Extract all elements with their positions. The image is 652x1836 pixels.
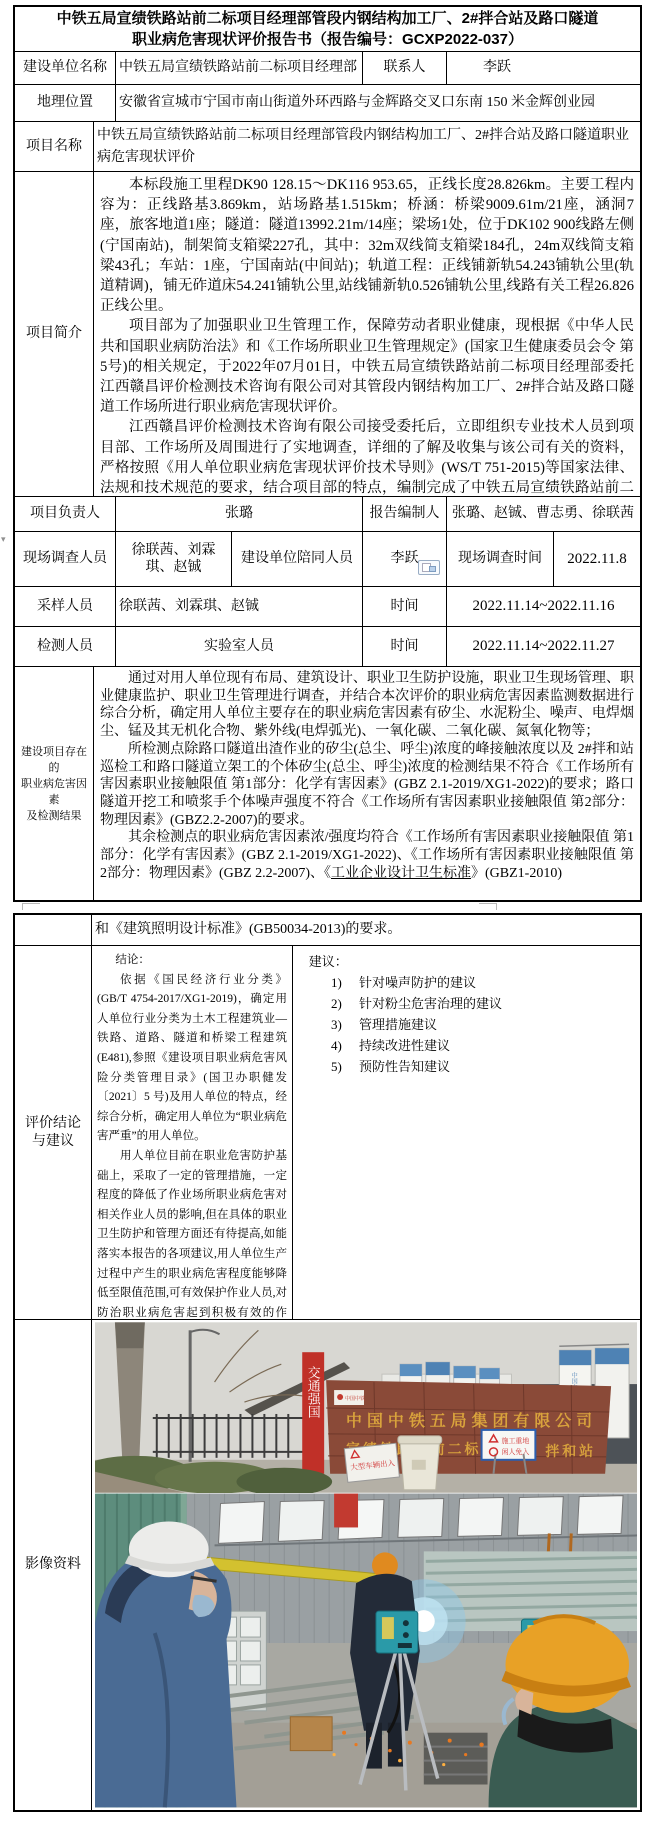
page-gap-corner-mark-right — [479, 903, 497, 910]
conclusion-column: 结论： 依据《国民经济行业分类》(GB/T 4754-2017/XG1-2019… — [92, 946, 293, 1319]
intro-paragraph-1: 本标段施工里程DK90 128.15～DK116 953.65，正线长度28.8… — [100, 175, 634, 316]
report-title-line2: 职业病危害现状评价报告书（报告编号：GCXP2022-037） — [132, 29, 523, 50]
project-name-row: 项目名称 中铁五局宣绩铁路站前二标项目经理部管段内钢结构加工厂、2#拌合站及路口… — [15, 122, 640, 172]
contact-label: 联系人 — [363, 52, 447, 84]
project-intro-text: 本标段施工里程DK90 128.15～DK116 953.65，正线长度28.8… — [94, 172, 640, 496]
photo-workshop-sampling — [95, 1493, 637, 1808]
sampling-time-label: 时间 — [363, 587, 447, 626]
suggestion-item: 2) 针对粉尘危害治理的建议 — [331, 993, 634, 1014]
location-label: 地理位置 — [15, 85, 116, 121]
location-value: 安徽省宣城市宁国市南山街道外环西路与金辉路交叉口东南 150 米金辉创业园 — [116, 85, 640, 121]
suggestion-item: 4) 持续改进性建议 — [331, 1035, 634, 1056]
sampling-value: 徐联茜、刘霖琪、赵铖 — [116, 587, 363, 626]
testing-time-label: 时间 — [363, 627, 447, 666]
suggestion-number: 4) — [331, 1035, 359, 1056]
testing-time-value: 2022.11.14~2022.11.27 — [447, 627, 640, 666]
hazards-label-line3: 及检测结果 — [27, 808, 82, 824]
suggestion-text: 针对粉尘危害治理的建议 — [359, 993, 502, 1014]
builder-label: 建设单位名称 — [15, 52, 116, 84]
continuation-text: 和《建筑照明设计标准》(GB50034-2013)的要求。 — [92, 915, 640, 945]
intro-paragraph-2: 项目部为了加强职业卫生管理工作，保障劳动者职业健康，现根据《中华人民共和国职业病… — [100, 316, 634, 417]
testing-label: 检测人员 — [15, 627, 116, 666]
report-writer-value: 张璐、赵铖、曹志勇、徐联茜 — [447, 497, 640, 531]
conclusion-paragraph-2: 用人单位目前在职业危害防护基础上，采取了一定的管理措施，一定程度的降低了作业场所… — [97, 1147, 287, 1319]
light-pole — [189, 1330, 192, 1462]
sampling-label: 采样人员 — [15, 587, 116, 626]
suggestion-item: 3) 管理措施建议 — [331, 1014, 634, 1035]
leader-value: 张璐 — [116, 497, 363, 531]
report-page-2: 和《建筑照明设计标准》(GB50034-2013)的要求。 评价结论 与建议 结… — [13, 913, 642, 1812]
leader-row: 项目负责人 张璐 报告编制人 张璐、赵铖、曹志勇、徐联茜 — [15, 497, 640, 532]
cardboard-box — [290, 1717, 332, 1751]
survey-label: 现场调查人员 — [15, 532, 116, 586]
conclusion-heading: 结论： — [115, 951, 287, 971]
project-name-label: 项目名称 — [15, 122, 94, 171]
report-title-line1: 中铁五局宣绩铁路站前二标项目经理部管段内钢结构加工厂、2#拌合站及路口隧道 — [57, 8, 599, 29]
report-writer-label: 报告编制人 — [363, 497, 447, 531]
hazards-label-line1: 建设项目存在的 — [16, 744, 92, 776]
contact-value: 李跃 — [447, 52, 640, 84]
gate-sign: 大型车辆出入 — [344, 1443, 399, 1482]
hazards-p3-underlined-standard: 工业企业设计卫生标准 — [331, 866, 471, 881]
suggestion-text: 针对噪声防护的建议 — [359, 972, 476, 993]
testing-row: 检测人员 实验室人员 时间 2022.11.14~2022.11.27 — [15, 627, 640, 667]
suggestion-text: 预防性告知建议 — [359, 1056, 450, 1077]
photo-batching-plant: 中国中铁五局 — [95, 1322, 637, 1493]
survey-time-label: 现场调查时间 — [447, 532, 554, 586]
hazards-label: 建设项目存在的 职业病危害因素 及检测结果 — [15, 667, 94, 900]
project-intro-label: 项目简介 — [15, 172, 94, 496]
survey-time-value: 2022.11.8 — [554, 532, 640, 586]
suggestion-text: 管理措施建议 — [359, 1014, 437, 1035]
testing-value: 实验室人员 — [116, 627, 363, 666]
report-title-row: 中铁五局宣绩铁路站前二标项目经理部管段内钢结构加工厂、2#拌合站及路口隧道 职业… — [15, 7, 640, 52]
accompany-value: 李跃 — [363, 532, 447, 586]
hazards-text: 通过对用人单位现有布局、建筑设计、职业卫生防护设施，职业卫生现场管理、职业健康监… — [94, 667, 640, 900]
project-intro-row: 项目简介 本标段施工里程DK90 128.15～DK116 953.65，正线长… — [15, 172, 640, 497]
margin-marker-icon: ▾ — [1, 535, 6, 545]
suggestion-item: 1) 针对噪声防护的建议 — [331, 972, 634, 993]
chimney-top — [115, 1322, 145, 1348]
suggestion-item: 5) 预防性告知建议 — [331, 1056, 634, 1077]
survey-row: 现场调查人员 徐联茜、刘霖琪、赵铖 建设单位陪同人员 李跃 现场调查时间 202… — [15, 532, 640, 587]
hazards-label-line2: 职业病危害因素 — [16, 776, 92, 808]
suggestion-number: 1) — [331, 972, 359, 993]
crec-logo-icon — [337, 1394, 343, 1400]
trash-bin — [398, 1436, 442, 1490]
suggestion-heading: 建议： — [309, 951, 634, 972]
sign-line2b: 拌和站 — [545, 1443, 596, 1460]
conclusion-paragraph-1: 依据《国民经济行业分类》(GB/T 4754-2017/XG1-2019)，确定… — [97, 971, 287, 1147]
evaluation-label: 评价结论 与建议 — [15, 946, 92, 1319]
location-row: 地理位置 安徽省宣城市宁国市南山街道外环西路与金辉路交叉口东南 150 米金辉创… — [15, 85, 640, 122]
media-row: 影像资料 — [15, 1320, 640, 1810]
suggestion-number: 3) — [331, 1014, 359, 1035]
suggestion-number: 5) — [331, 1056, 359, 1077]
warning-text-line1: 施工重地 — [502, 1436, 530, 1445]
plaque-text: 中国中铁 — [345, 1395, 365, 1402]
banner-text: 交通强国 — [306, 1366, 321, 1418]
evaluation-row: 评价结论 与建议 结论： 依据《国民经济行业分类》(GB/T 4754-2017… — [15, 946, 640, 1320]
word-document-view: { "title": { "line1": "中铁五局宣绩铁路站前二标项目经理部… — [0, 0, 652, 1836]
accompany-label: 建设单位陪同人员 — [232, 532, 363, 586]
hazards-p3-post: 》(GBZ1-2010) — [471, 866, 562, 881]
evaluation-label-line2: 与建议 — [32, 1133, 74, 1151]
hazards-row: 建设项目存在的 职业病危害因素 及检测结果 通过对用人单位现有布局、建筑设计、职… — [15, 667, 640, 900]
sign-line1: 中国中铁五局集团有限公司 — [346, 1411, 597, 1430]
paste-options-icon[interactable] — [418, 560, 440, 575]
media-photos: 中国中铁五局 — [92, 1320, 640, 1810]
suggestion-number: 2) — [331, 993, 359, 1014]
evaluation-label-line1: 评价结论 — [25, 1115, 81, 1133]
hazards-paragraph-1: 通过对用人单位现有布局、建筑设计、职业卫生防护设施，职业卫生现场管理、职业健康监… — [100, 670, 634, 741]
builder-row: 建设单位名称 中铁五局宣绩铁路站前二标项目经理部 联系人 李跃 — [15, 52, 640, 85]
builder-value: 中铁五局宣绩铁路站前二标项目经理部 — [116, 52, 363, 84]
suggestion-text: 持续改进性建议 — [359, 1035, 450, 1056]
intro-paragraph-3: 江西赣昌评价检测技术咨询有限公司接受委托后，立即组织专业技术人员到项目部、工作场… — [100, 417, 634, 496]
project-name-value: 中铁五局宣绩铁路站前二标项目经理部管段内钢结构加工厂、2#拌合站及路口隧道职业病… — [94, 122, 640, 171]
paste-options-blue-square — [429, 566, 436, 572]
report-page-1: 中铁五局宣绩铁路站前二标项目经理部管段内钢结构加工厂、2#拌合站及路口隧道 职业… — [13, 5, 642, 902]
leader-label: 项目负责人 — [15, 497, 116, 531]
hazards-paragraph-3: 其余检测点的职业病危害因素浓/强度均符合《工作场所有害因素职业接触限值 第1部分… — [100, 829, 634, 882]
suggestion-column: 建议： 1) 针对噪声防护的建议 2) 针对粉尘危害治理的建议 3) 管理措施建… — [293, 946, 640, 1319]
hazards-paragraph-2: 所检测点除路口隧道出渣作业的矽尘(总尘、呼尘)浓度的峰接触浓度以及 2#拌和站巡… — [100, 741, 634, 830]
sampling-row: 采样人员 徐联茜、刘霖琪、赵铖 时间 2022.11.14~2022.11.16 — [15, 587, 640, 627]
sampling-time-value: 2022.11.14~2022.11.16 — [447, 587, 640, 626]
continuation-row: 和《建筑照明设计标准》(GB50034-2013)的要求。 — [15, 915, 640, 946]
page-gap-corner-mark-left — [22, 903, 40, 910]
warning-text-line2: 闲人免入 — [502, 1447, 530, 1456]
continuation-empty-label — [15, 915, 92, 945]
media-label: 影像资料 — [15, 1320, 92, 1810]
survey-value: 徐联茜、刘霖琪、赵铖 — [116, 532, 232, 586]
red-banner — [334, 1494, 358, 1528]
